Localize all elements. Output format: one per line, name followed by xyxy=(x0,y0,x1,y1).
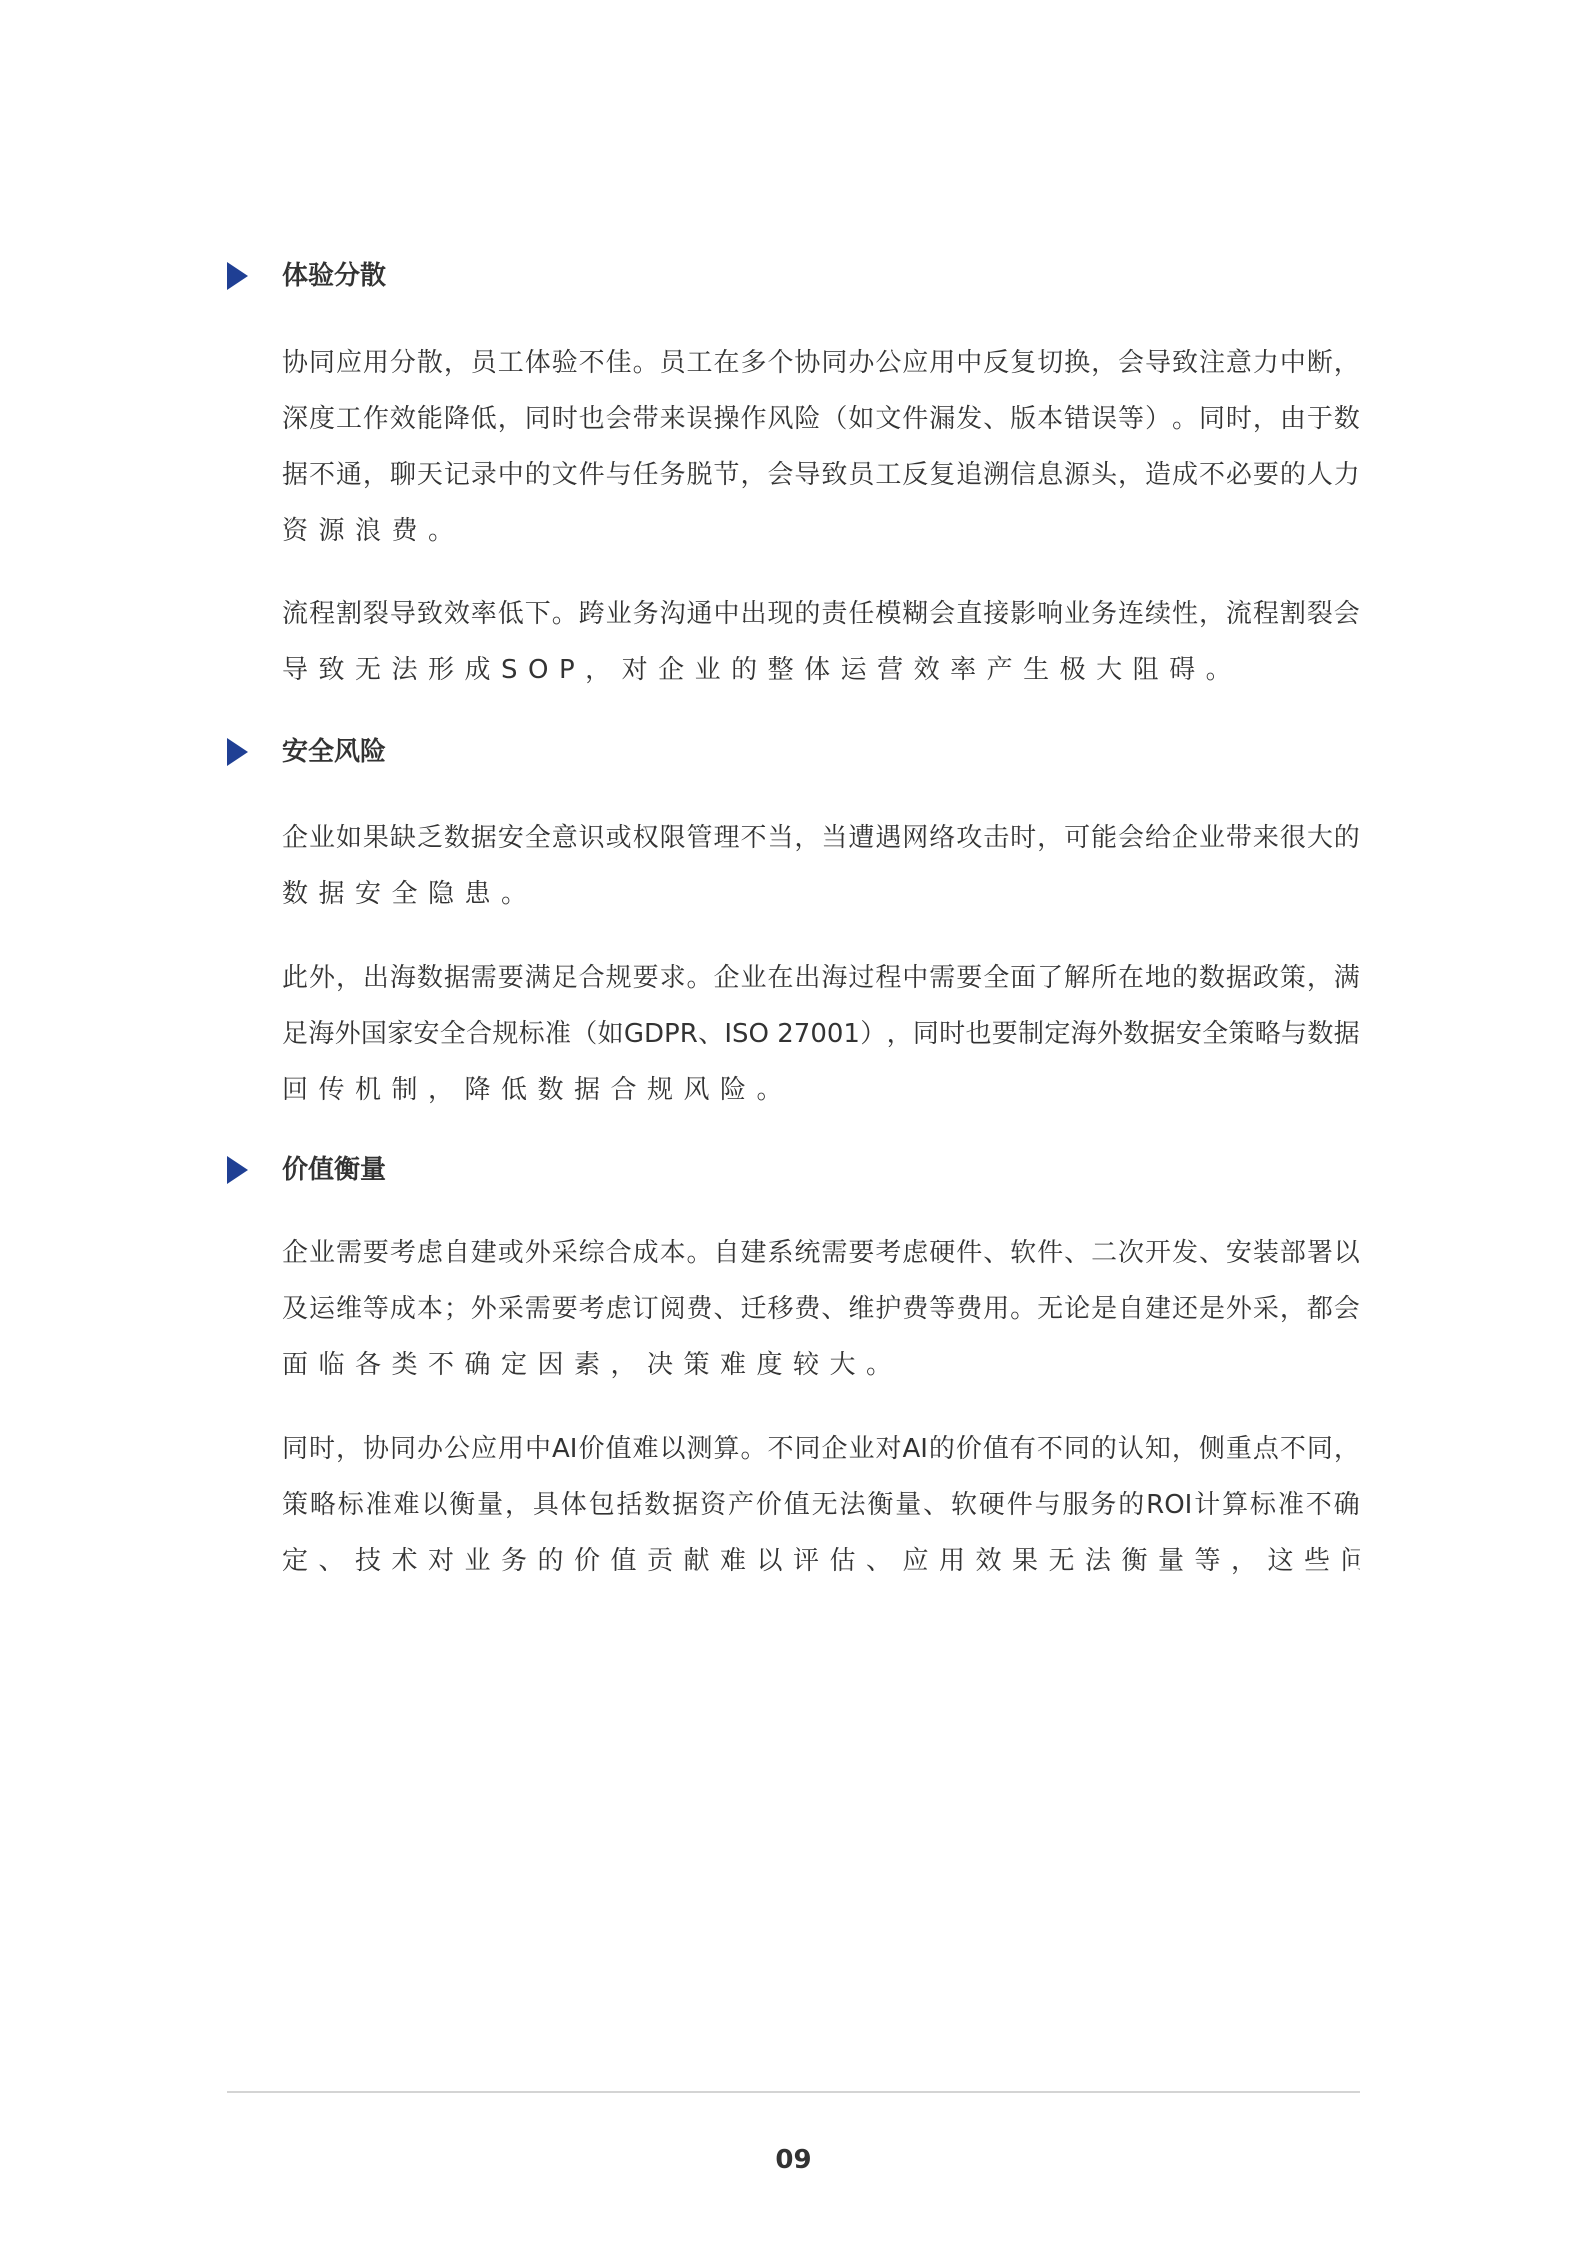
text-line: 策略标准难以衡量，具体包括数据资产价值无法衡量、软硬件与服务的ROI计算标准不确 xyxy=(282,1477,1360,1533)
triangle-bullet-icon xyxy=(227,738,248,766)
section-title: 体验分散 xyxy=(282,256,386,296)
section-title: 价值衡量 xyxy=(282,1150,386,1190)
text-line: 企业需要考虑自建或外采综合成本。自建系统需要考虑硬件、软件、二次开发、安装部署以 xyxy=(282,1225,1360,1281)
section-heading-security: 安全风险 xyxy=(227,732,248,772)
triangle-bullet-icon xyxy=(227,262,248,290)
paragraph: 企业如果缺乏数据安全意识或权限管理不当，当遭遇网络攻击时，可能会给企业带来很大的… xyxy=(282,810,1360,922)
text-line: 同时，协同办公应用中AI价值难以测算。不同企业对AI的价值有不同的认知，侧重点不… xyxy=(282,1421,1360,1477)
text-line: 面临各类不确定因素，决策难度较大。 xyxy=(282,1337,1360,1393)
text-line: 导致无法形成SOP，对企业的整体运营效率产生极大阻碍。 xyxy=(282,642,1360,698)
text-line: 此外，出海数据需要满足合规要求。企业在出海过程中需要全面了解所在地的数据政策，满 xyxy=(282,950,1360,1006)
paragraph: 流程割裂导致效率低下。跨业务沟通中出现的责任模糊会直接影响业务连续性，流程割裂会… xyxy=(282,586,1360,698)
paragraph: 协同应用分散，员工体验不佳。员工在多个协同办公应用中反复切换，会导致注意力中断，… xyxy=(282,335,1360,559)
section-heading-experience: 体验分散 xyxy=(227,256,248,296)
paragraph: 企业需要考虑自建或外采综合成本。自建系统需要考虑硬件、软件、二次开发、安装部署以… xyxy=(282,1225,1360,1393)
text-line: 企业如果缺乏数据安全意识或权限管理不当，当遭遇网络攻击时，可能会给企业带来很大的 xyxy=(282,810,1360,866)
footer-divider xyxy=(227,2091,1360,2093)
section-title: 安全风险 xyxy=(282,732,386,772)
paragraph: 此外，出海数据需要满足合规要求。企业在出海过程中需要全面了解所在地的数据政策，满… xyxy=(282,950,1360,1118)
text-line: 回传机制，降低数据合规风险。 xyxy=(282,1062,1360,1118)
section-heading-value: 价值衡量 xyxy=(227,1150,248,1190)
text-line: 资源浪费。 xyxy=(282,503,1360,559)
page-number: 09 xyxy=(0,2140,1587,2180)
text-line: 足海外国家安全合规标准（如GDPR、ISO 27001），同时也要制定海外数据安… xyxy=(282,1006,1360,1062)
triangle-bullet-icon xyxy=(227,1156,248,1184)
text-line: 及运维等成本；外采需要考虑订阅费、迁移费、维护费等费用。无论是自建还是外采，都会 xyxy=(282,1281,1360,1337)
paragraph: 同时，协同办公应用中AI价值难以测算。不同企业对AI的价值有不同的认知，侧重点不… xyxy=(282,1421,1360,1589)
text-line: 定、技术对业务的价值贡献难以评估、应用效果无法衡量等，这些问题一直困扰着决策层。 xyxy=(282,1533,1360,1589)
text-line: 流程割裂导致效率低下。跨业务沟通中出现的责任模糊会直接影响业务连续性，流程割裂会 xyxy=(282,586,1360,642)
text-line: 据不通，聊天记录中的文件与任务脱节，会导致员工反复追溯信息源头，造成不必要的人力 xyxy=(282,447,1360,503)
text-line: 协同应用分散，员工体验不佳。员工在多个协同办公应用中反复切换，会导致注意力中断， xyxy=(282,335,1360,391)
text-line: 深度工作效能降低，同时也会带来误操作风险（如文件漏发、版本错误等）。同时，由于数 xyxy=(282,391,1360,447)
text-line: 数据安全隐患。 xyxy=(282,866,1360,922)
